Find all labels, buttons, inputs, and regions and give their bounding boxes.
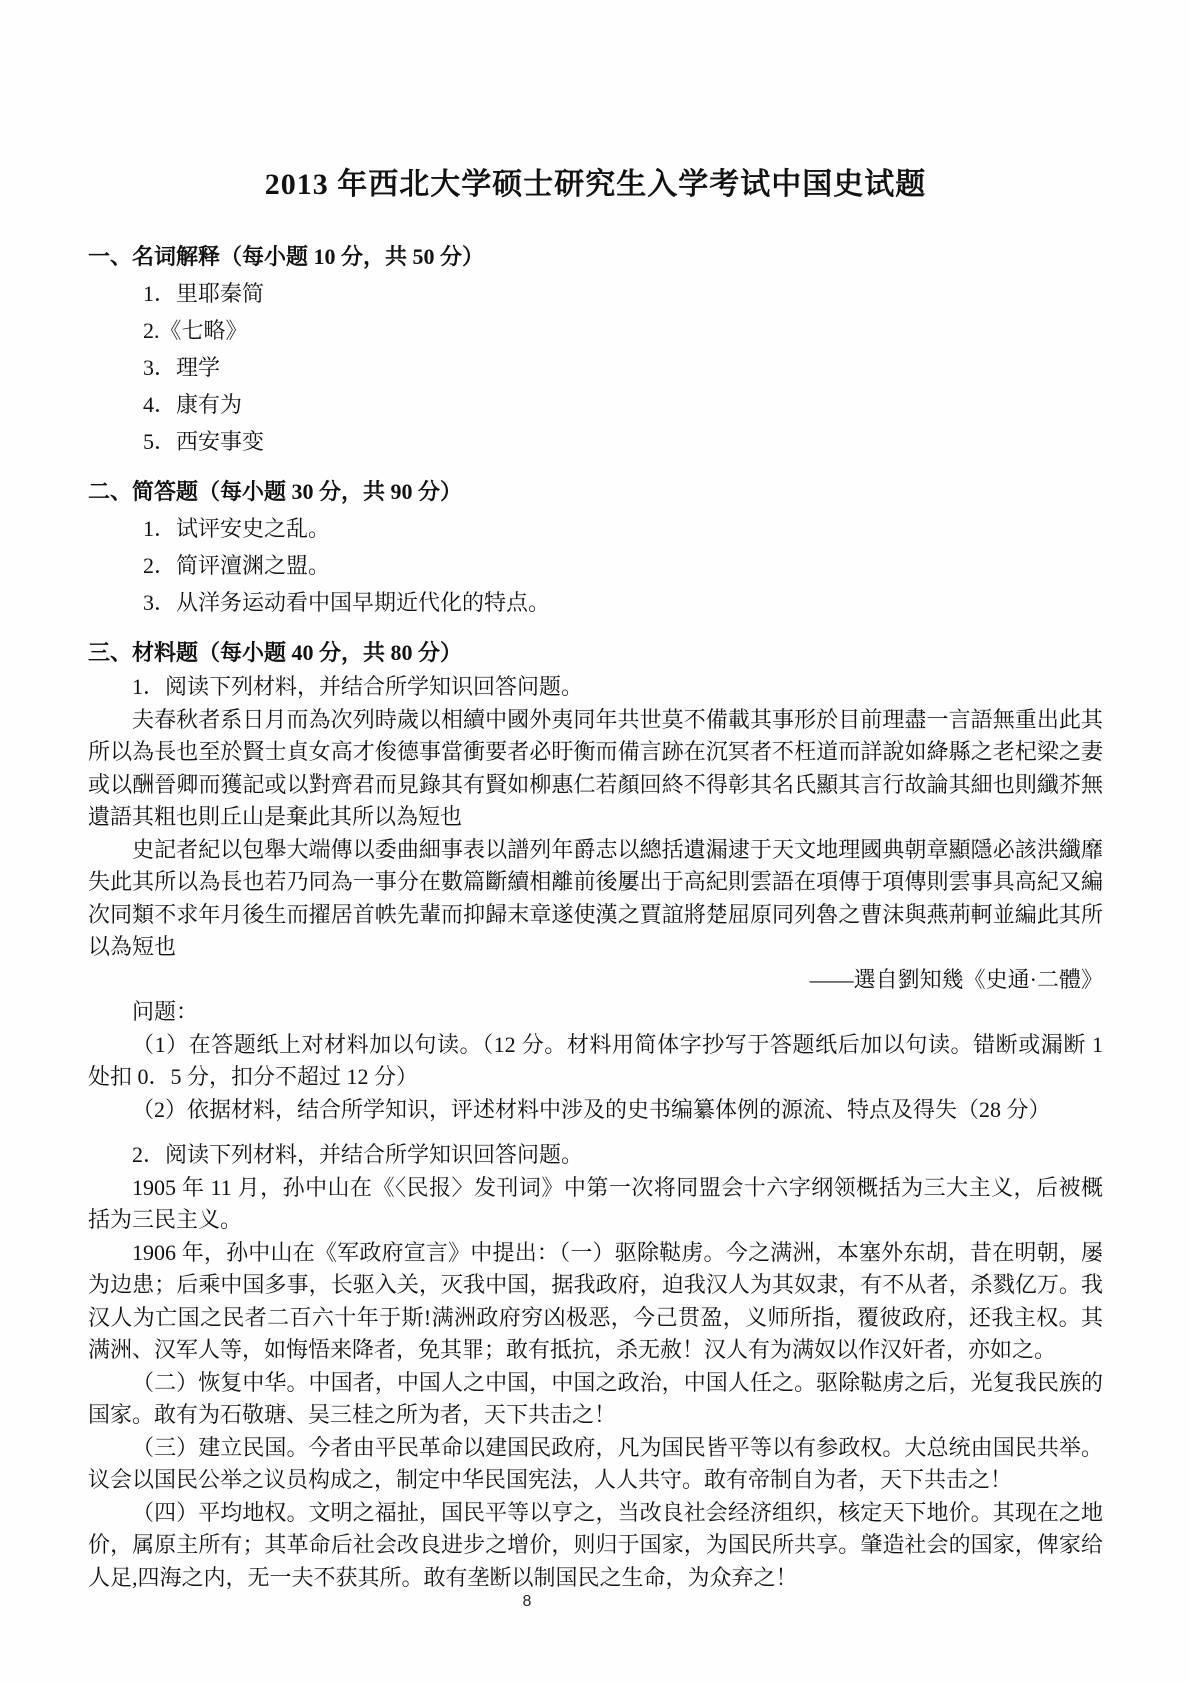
list-item: 4．康有为 [88,386,1103,423]
material-2-paragraph-5: （四）平均地权。文明之福扯，国民平等以亨之，当改良社会经济组织，核定天下地价。其… [88,1497,1103,1595]
section-2-heading: 二、简答题（每小题 30 分，共 90 分） [88,473,1103,510]
material-1-paragraph-1: 夫春秋者系日月而為次列時歲以相續中國外夷同年共世莫不備載其事形於目前理盡一言語無… [88,704,1103,834]
material-question-1-intro: 1．阅读下列材料，并结合所学知识回答问题。 [88,671,1103,704]
list-item: 1．里耶秦简 [88,275,1103,312]
questions-label: 问题： [88,996,1103,1029]
material-2-paragraph-4: （三）建立民国。今者由平民革命以建国民政府，凡为国民皆平等以有参政权。大总统由国… [88,1432,1103,1497]
page-number: 8 [512,1592,542,1612]
list-item: 3．理学 [88,349,1103,386]
material-question-2-intro: 2．阅读下列材料，并结合所学知识回答问题。 [88,1139,1103,1172]
material-1-attribution: ——選自劉知幾《史通·二體》 [88,964,1103,997]
section-materials: 三、材料题（每小题 40 分，共 80 分） 1．阅读下列材料，并结合所学知识回… [88,634,1103,1594]
list-item: 3．从洋务运动看中国早期近代化的特点。 [88,584,1103,621]
list-item: 1．试评安史之乱。 [88,510,1103,547]
sub-question-2: （2）依据材料，结合所学知识，评述材料中涉及的史书编纂体例的源流、特点及得失（2… [88,1094,1103,1127]
section-1-heading: 一、名词解释（每小题 10 分，共 50 分） [88,238,1103,275]
material-question-2: 2．阅读下列材料，并结合所学知识回答问题。 1905 年 11 月，孙中山在《〈… [88,1139,1103,1594]
material-2-paragraph-3: （二）恢复中华。中国者，中国人之中国，中国之政治，中国人任之。驱除鞑虏之后，光复… [88,1367,1103,1432]
exam-paper-page: 2013 年西北大学硕士研究生入学考试中国史试题 一、名词解释（每小题 10 分… [0,0,1190,1683]
section-short-answer: 二、简答题（每小题 30 分，共 90 分） 1．试评安史之乱。 2．简评澶渊之… [88,473,1103,621]
section-3-heading: 三、材料题（每小题 40 分，共 80 分） [88,634,1103,671]
material-2-paragraph-1: 1905 年 11 月，孙中山在《〈民报〉发刊词》中第一次将同盟会十六字纲领概括… [88,1172,1103,1237]
list-item: 2．简评澶渊之盟。 [88,547,1103,584]
list-item: 2.《七略》 [88,312,1103,349]
sub-question-1: （1）在答题纸上对材料加以句读。（12 分。材料用简体字抄写于答题纸后加以句读。… [88,1029,1103,1094]
material-2-paragraph-2: 1906 年，孙中山在《军政府宣言》中提出：（一）驱除鞑虏。今之满洲，本塞外东胡… [88,1237,1103,1367]
list-item: 5．西安事变 [88,423,1103,460]
page-title: 2013 年西北大学硕士研究生入学考试中国史试题 [88,162,1103,208]
section-definitions: 一、名词解释（每小题 10 分，共 50 分） 1．里耶秦简 2.《七略》 3．… [88,238,1103,460]
material-1-paragraph-2: 史記者紀以包舉大端傳以委曲細事表以譜列年爵志以總括遺漏逮于天文地理國典朝章顯隱必… [88,834,1103,964]
